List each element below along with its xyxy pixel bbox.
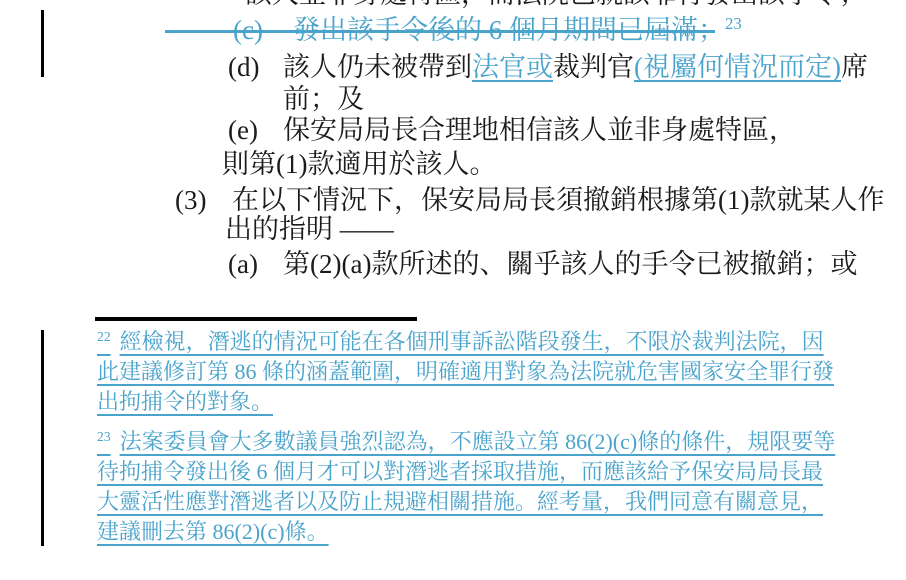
item-d-text-2: 裁判官 (553, 52, 634, 82)
change-bar-bottom (41, 330, 44, 546)
item-e-text: 保安局局長合理地相信該人並非身處特區， (283, 113, 796, 147)
item-d-insertion-2: (視屬何情況而定) (634, 52, 841, 82)
item-e-label: (e) (228, 113, 258, 147)
clipped-text-line: 該人並非身處特區，而法院已就該罪行發出該手令； (245, 0, 866, 11)
footnote-23-line4: 建議刪去第 86(2)(c)條。 (97, 517, 329, 547)
item-d-line2: 前；及 (283, 82, 364, 116)
footnote-23-line2: 待拘捕令發出後 6 個月才可以對潛逃者採取措施，而應該給予保安局局長最 (97, 457, 823, 487)
footnote-22-line3: 出拘捕令的對象。 (97, 387, 273, 417)
item-d-label: (d) (228, 50, 259, 84)
footnote-22-line2: 此建議修訂第 86 條的涵蓋範圍，明確適用對象為法院就危害國家安全罪行發 (97, 357, 834, 387)
clipped-text: 該人並非身處特區，而法院已就該罪行發出該手令； (245, 0, 866, 9)
document-page: 該人並非身處特區，而法院已就該罪行發出該手令； (c) 發出該手令後的 6 個月… (0, 0, 906, 580)
item-d-insertion-1: 法官或 (472, 52, 553, 82)
footnote-22-line1: 22經檢視，潛逃的情況可能在各個刑事訴訟階段發生，不限於裁判法院，因 (97, 327, 824, 357)
strikethrough-line (165, 30, 715, 33)
footnote-23-marker: 23 (97, 429, 111, 444)
footnote-separator (95, 317, 417, 321)
footnote-22-marker: 22 (97, 329, 111, 344)
change-bar-top (41, 10, 44, 77)
item-d-text-1: 該人仍未被帶到 (283, 52, 472, 82)
footnote-23-line1: 23法案委員會大多數議員強烈認為，不應設立第 86(2)(c)條的條件，規限要等 (97, 427, 835, 457)
subsection-3-line2: 出的指明 —— (225, 212, 394, 246)
item-a-text: 第(2)(a)款所述的、關乎該人的手令已被撤銷；或 (283, 247, 857, 281)
subsection-3-label: (3) (175, 183, 206, 217)
footnote-23-line3: 大靈活性應對潛逃者以及防止規避相關措施。經考量，我們同意有關意見， (97, 487, 823, 517)
subsection-2-closing: 則第(1)款適用於該人。 (222, 147, 496, 181)
item-a-label: (a) (228, 247, 258, 281)
item-d-text-3: 席 (841, 52, 868, 82)
footnote-ref-23: 23 (725, 14, 742, 33)
item-d-line1: 該人仍未被帶到法官或裁判官(視屬何情況而定)席 (283, 50, 868, 84)
